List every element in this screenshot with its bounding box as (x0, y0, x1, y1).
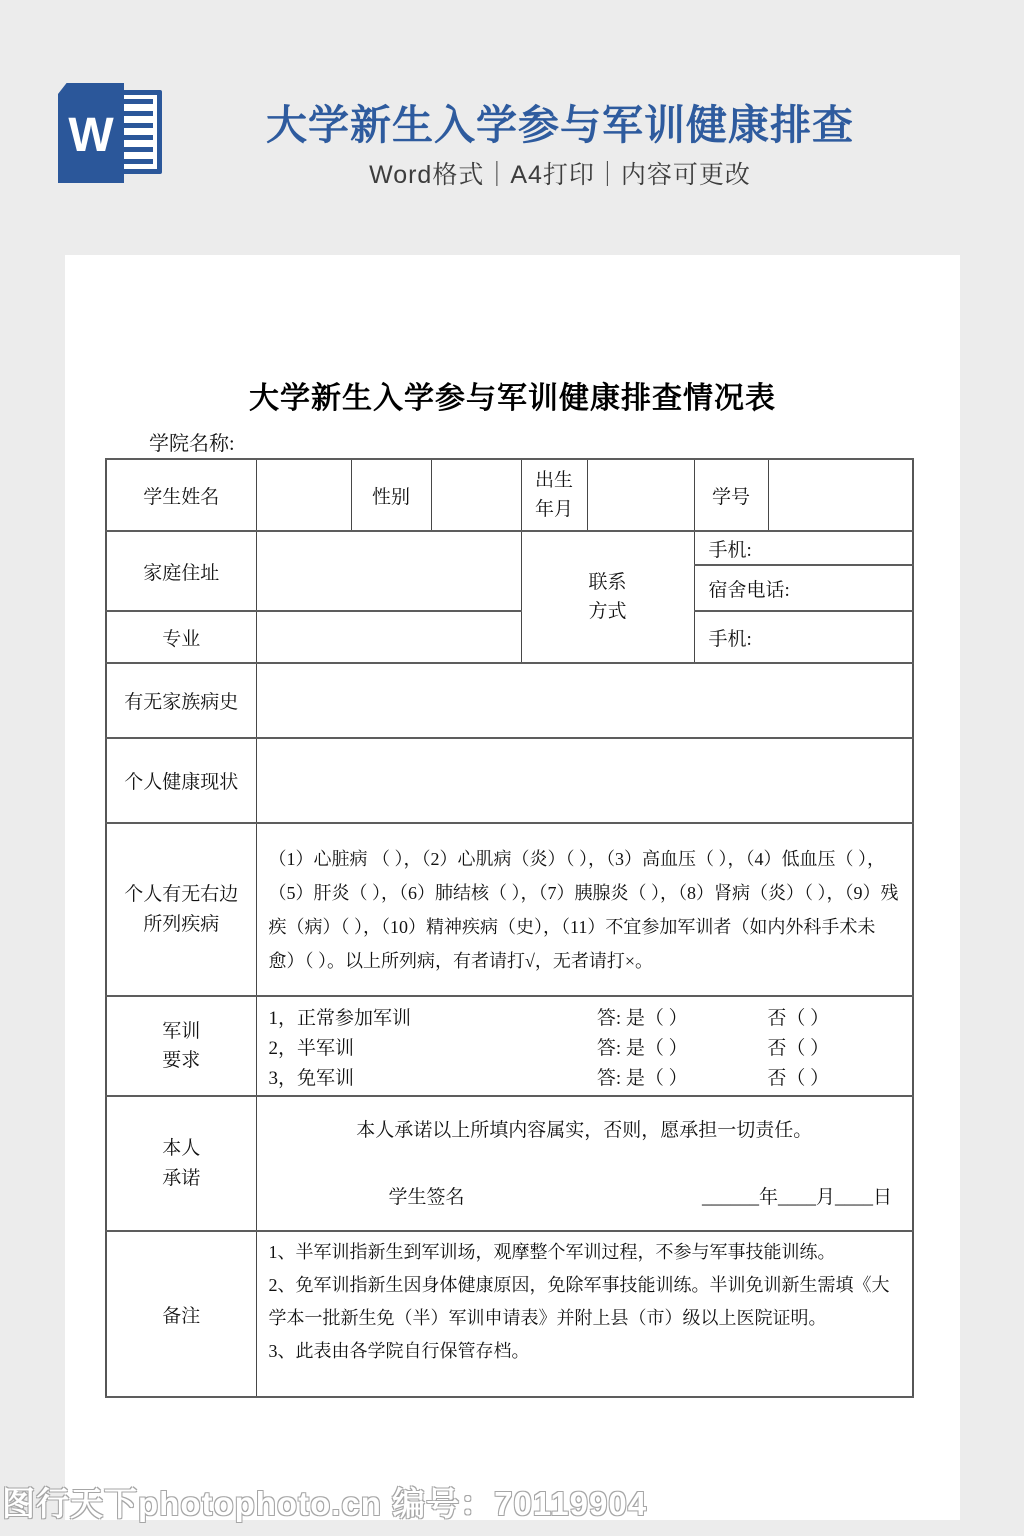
signature-date-blank: ______年____月____日 (702, 1182, 892, 1209)
personal-health-value-cell (256, 738, 913, 823)
military-option-yes: 答: 是（ ） (597, 1033, 768, 1060)
commitment-label: 本人 承诺 (106, 1096, 256, 1231)
contact-method-label: 联系 方式 (521, 531, 694, 663)
remark-item: 3、此表由各学院自行保管存档。 (269, 1335, 901, 1368)
word-icon-letter: W (68, 106, 113, 160)
military-option-label: 2，半军训 (269, 1033, 597, 1060)
military-option-row: 1，正常参加军训 答: 是（ ） 否（ ） (269, 1001, 901, 1031)
military-option-yes: 答: 是（ ） (597, 1003, 768, 1030)
major-value-cell (256, 611, 521, 663)
form-table: 学生姓名 性别 出生 年月 学号 家庭住址 联系 方式 手机: 宿舍电话: (105, 458, 914, 1398)
commitment-cell: 本人承诺以上所填内容属实，否则，愿承担一切责任。 学生签名 ______年___… (256, 1096, 913, 1231)
remarks-cell: 1、半军训指新生到军训场，观摩整个军训过程，不参与军事技能训练。 2、免军训指新… (256, 1231, 913, 1397)
birth-date-label: 出生 年月 (521, 459, 587, 531)
military-requirement-label: 军训 要求 (106, 996, 256, 1096)
student-name-value-cell (256, 459, 351, 531)
template-preview-page: { "colors": { "word_blue": "#2b579a", "t… (0, 0, 1024, 1536)
gender-value-cell (431, 459, 521, 531)
commitment-statement: 本人承诺以上所填内容属实，否则，愿承担一切责任。 (269, 1115, 901, 1142)
student-id-value-cell (768, 459, 913, 531)
military-option-label: 3，免军训 (269, 1063, 597, 1090)
college-name-label: 学院名称: (149, 427, 235, 456)
home-address-value-cell (256, 531, 521, 611)
remark-item: 1、半军训指新生到军训场，观摩整个军训过程，不参与军事技能训练。 (269, 1236, 901, 1269)
student-id-label: 学号 (694, 459, 768, 531)
word-icon-panel: W (58, 83, 124, 183)
diseases-list-text: （1）心脏病 （ ），（2）心肌病（炎）（ ），（3）高血压（ ），（4）低血压… (256, 823, 913, 996)
remark-item: 2、免军训指新生因身体健康原因，免除军事技能训练。半训免训新生需填《大学本一批新… (269, 1269, 901, 1335)
site-watermark: 图行天下photophoto.cn 编号：70119904 (2, 1478, 647, 1525)
family-history-label: 有无家族病史 (106, 663, 256, 738)
student-name-label: 学生姓名 (106, 459, 256, 531)
military-option-row: 2，半军训 答: 是（ ） 否（ ） (269, 1031, 901, 1061)
student-signature-label: 学生签名 (389, 1182, 465, 1209)
military-option-label: 1，正常参加军训 (269, 1003, 597, 1030)
mobile-phone2-label: 手机: (694, 611, 913, 663)
document-page: 大学新生入学参与军训健康排查情况表 学院名称: 学生姓名 性别 出生 年月 学号… (65, 255, 960, 1520)
gender-label: 性别 (351, 459, 431, 531)
military-option-no: 否（ ） (767, 1003, 900, 1030)
military-option-no: 否（ ） (767, 1033, 900, 1060)
template-subtitle: Word格式｜A4打印｜内容可更改 (168, 155, 952, 191)
template-title: 大学新生入学参与军训健康排查 (168, 92, 952, 151)
signature-row: 学生签名 ______年____月____日 (269, 1182, 901, 1209)
military-option-yes: 答: 是（ ） (597, 1063, 768, 1090)
personal-health-label: 个人健康现状 (106, 738, 256, 823)
birth-date-value-cell (587, 459, 694, 531)
diseases-label: 个人有无右边 所列疾病 (106, 823, 256, 996)
military-options-cell: 1，正常参加军训 答: 是（ ） 否（ ） 2，半军训 答: 是（ ） 否（ ）… (256, 996, 913, 1096)
family-history-value-cell (256, 663, 913, 738)
template-header: W 大学新生入学参与军训健康排查 Word格式｜A4打印｜内容可更改 (0, 0, 1024, 255)
major-label: 专业 (106, 611, 256, 663)
dorm-phone-label: 宿舍电话: (694, 565, 913, 611)
military-option-row: 3，免军训 答: 是（ ） 否（ ） (269, 1061, 901, 1091)
form-title: 大学新生入学参与军训健康排查情况表 (65, 373, 960, 417)
word-icon-text-lines (121, 99, 153, 165)
mobile-phone-label: 手机: (694, 531, 913, 565)
military-option-no: 否（ ） (767, 1063, 900, 1090)
home-address-label: 家庭住址 (106, 531, 256, 611)
word-icon: W (58, 83, 168, 183)
remarks-label: 备注 (106, 1231, 256, 1397)
